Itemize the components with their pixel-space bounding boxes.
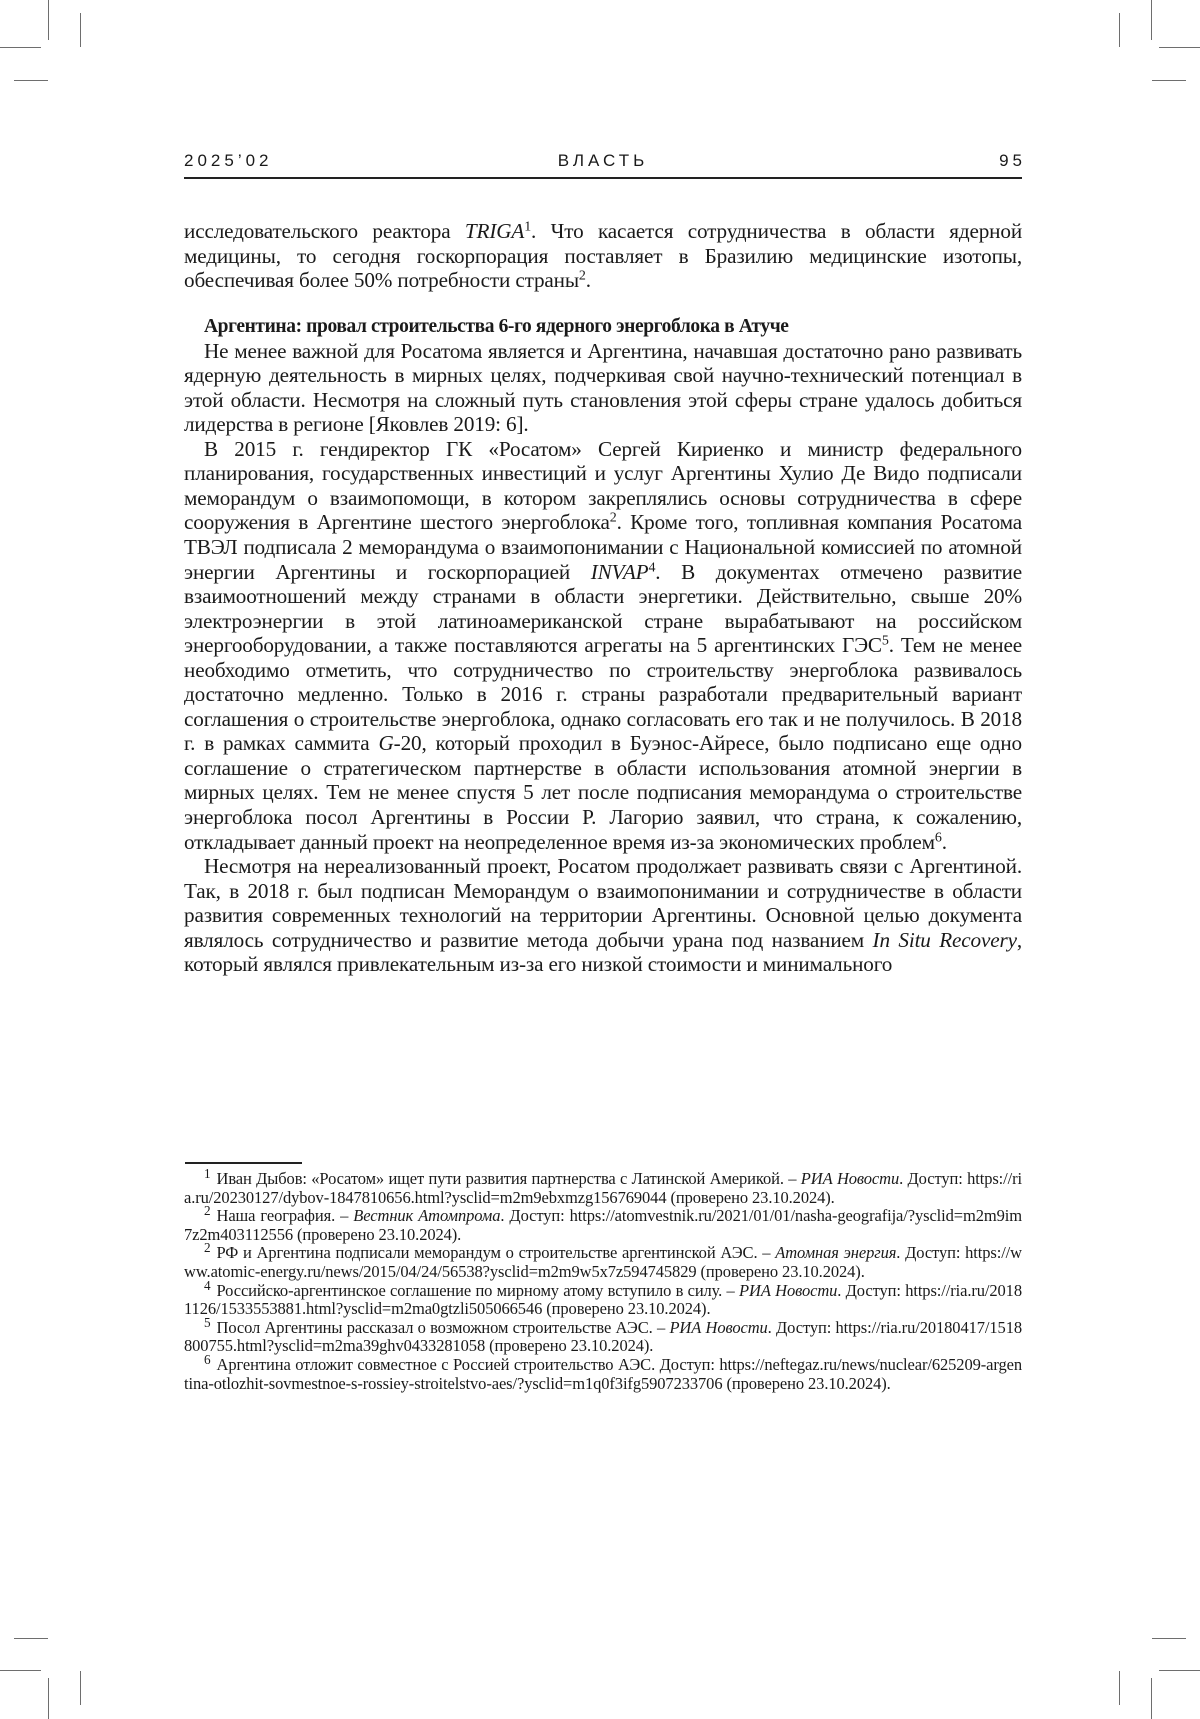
footnote-ref[interactable]: 5: [882, 634, 889, 649]
footnote-separator: [185, 1162, 302, 1164]
footnote: 2РФ и Аргентина подписали меморандум о с…: [184, 1244, 1022, 1281]
paragraph: Не менее важной для Росатома является и …: [184, 339, 1022, 437]
crop-mark: [0, 47, 41, 48]
crop-mark: [1159, 1670, 1200, 1671]
paragraph: Несмотря на нереализованный проект, Роса…: [184, 854, 1022, 977]
crop-mark: [1152, 1638, 1186, 1639]
footnote: 6Аргентина отложит совместное с Россией …: [184, 1356, 1022, 1393]
crop-mark: [80, 1671, 81, 1705]
crop-mark: [14, 1638, 48, 1639]
footnote: 2Наша география. – Вестник Атомпрома. До…: [184, 1207, 1022, 1244]
crop-mark: [1151, 0, 1152, 40]
footnotes: 1Иван Дыбов: «Росатом» ищет пути развити…: [184, 1170, 1022, 1393]
footnote: 4Российско-аргентинское соглашение по ми…: [184, 1282, 1022, 1319]
crop-mark: [1151, 1678, 1152, 1719]
crop-mark: [48, 0, 49, 40]
crop-mark: [1159, 47, 1200, 48]
running-header: 2025’02 ВЛАСТЬ 95: [184, 151, 1022, 179]
crop-mark: [1119, 1671, 1120, 1705]
footnote: 1Иван Дыбов: «Росатом» ищет пути развити…: [184, 1170, 1022, 1207]
paragraph: В 2015 г. гендиректор ГК «Росатом» Серге…: [184, 437, 1022, 854]
crop-mark: [0, 1670, 41, 1671]
section-heading: Аргентина: провал строительства 6-го яде…: [184, 315, 1022, 339]
intro-paragraph: исследовательского реактора TRIGA1. Что …: [184, 219, 1022, 293]
page-number: 95: [999, 151, 1026, 171]
crop-mark: [14, 80, 48, 81]
footnote-ref[interactable]: 6: [935, 830, 942, 845]
footnote: 5Посол Аргентины рассказал о возможном с…: [184, 1319, 1022, 1356]
crop-mark: [48, 1678, 49, 1719]
body-text: исследовательского реактора TRIGA1. Что …: [184, 219, 1022, 977]
journal-title: ВЛАСТЬ: [184, 151, 1022, 171]
crop-mark: [1119, 13, 1120, 47]
footnote-ref[interactable]: 2: [610, 511, 617, 526]
footnote-ref[interactable]: 2: [579, 268, 586, 283]
crop-mark: [80, 13, 81, 47]
crop-mark: [1152, 80, 1186, 81]
